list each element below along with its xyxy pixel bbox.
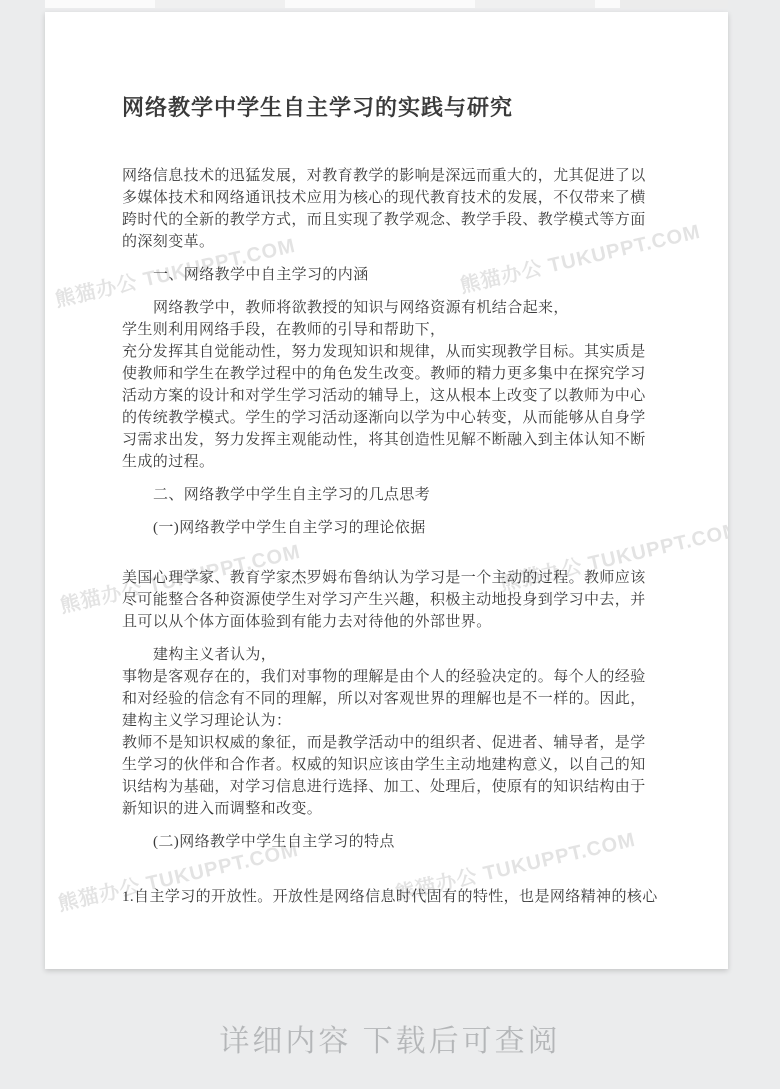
- text-line: 建构主义学习理论认为：: [122, 710, 664, 732]
- text-line: 网络信息技术的迅猛发展，对教育教学的影响是深远而重大的，尤其促进了以: [122, 165, 664, 187]
- page-smudge: [620, 0, 728, 8]
- text-line: 且可以从个体方面体验到有能力去对待他的外部世界。: [122, 611, 664, 633]
- text-line: 和对经验的信念有不同的理解，所以对客观世界的理解也是不一样的。因此，: [122, 688, 664, 710]
- text-line: 活动方案的设计和对学生学习活动的辅导上，这从根本上改变了以教师为中心: [122, 385, 664, 407]
- document-title: 网络教学中学生自主学习的实践与研究: [122, 93, 664, 123]
- text-line: 尽可能整合各种资源使学生对学习产生兴趣，积极主动地投身到学习中去，并: [122, 589, 664, 611]
- paragraph: 网络信息技术的迅猛发展，对教育教学的影响是深远而重大的，尤其促进了以多媒体技术和…: [122, 165, 664, 253]
- text-line: 网络教学中，教师将欲教授的知识与网络资源有机结合起来，: [122, 297, 664, 319]
- paragraph: 1.自主学习的开放性。开放性是网络信息时代固有的特性，也是网络精神的核心: [122, 886, 664, 908]
- text-line: 生学习的伙伴和合作者。权威的知识应该由学生主动地建构意义，以自己的知: [122, 754, 664, 776]
- text-line: 教师不是知识权威的象征，而是教学活动中的组织者、促进者、辅导者，是学: [122, 732, 664, 754]
- text-line: (二)网络教学中学生自主学习的特点: [122, 831, 664, 853]
- text-line: 使教师和学生在教学过程中的角色发生改变。教师的精力更多集中在探究学习: [122, 363, 664, 385]
- previous-page-edge: [45, 0, 728, 8]
- text-line: 事物是客观存在的，我们对事物的理解是由个人的经验决定的。每个人的经验: [122, 666, 664, 688]
- page-smudge: [155, 0, 285, 8]
- text-line: 学生则利用网络手段，在教师的引导和帮助下，: [122, 319, 664, 341]
- text-line: 一、网络教学中自主学习的内涵: [122, 264, 664, 286]
- page-smudge: [475, 0, 595, 8]
- download-notice: 详细内容 下载后可查阅: [0, 1016, 780, 1060]
- text-line: 1.自主学习的开放性。开放性是网络信息时代固有的特性，也是网络精神的核心: [122, 886, 664, 908]
- text-line: 多媒体技术和网络通讯技术应用为核心的现代教育技术的发展，不仅带来了横: [122, 187, 664, 209]
- text-line: 的深刻变革。: [122, 231, 664, 253]
- text-line: 二、网络教学中学生自主学习的几点思考: [122, 484, 664, 506]
- section-heading: 二、网络教学中学生自主学习的几点思考: [122, 484, 664, 506]
- section-heading: (二)网络教学中学生自主学习的特点: [122, 831, 664, 853]
- section-heading: 一、网络教学中自主学习的内涵: [122, 264, 664, 286]
- paragraph: 网络教学中，教师将欲教授的知识与网络资源有机结合起来，学生则利用网络手段，在教师…: [122, 297, 664, 473]
- preview-background: 熊猫办公 TUKUPPT.COM 熊猫办公 TUKUPPT.COM 熊猫办公 T…: [0, 0, 780, 1089]
- paragraph: 美国心理学家、教育学家杰罗姆布鲁纳认为学习是一个主动的过程。教师应该尽可能整合各…: [122, 567, 664, 633]
- paragraph: 建构主义者认为，事物是客观存在的，我们对事物的理解是由个人的经验决定的。每个人的…: [122, 644, 664, 820]
- text-line: 生成的过程。: [122, 451, 664, 473]
- text-line: 美国心理学家、教育学家杰罗姆布鲁纳认为学习是一个主动的过程。教师应该: [122, 567, 664, 589]
- text-line: 习需求出发，努力发挥主观能动性，将其创造性见解不断融入到主体认知不断: [122, 429, 664, 451]
- text-line: 跨时代的全新的教学方式，而且实现了教学观念、教学手段、教学模式等方面: [122, 209, 664, 231]
- text-line: 建构主义者认为，: [122, 644, 664, 666]
- text-line: 的传统教学模式。学生的学习活动逐渐向以学为中心转变，从而能够从自身学: [122, 407, 664, 429]
- document-content: 网络教学中学生自主学习的实践与研究 网络信息技术的迅猛发展，对教育教学的影响是深…: [45, 12, 728, 908]
- text-line: (一)网络教学中学生自主学习的理论依据: [122, 517, 664, 539]
- text-line: 充分发挥其自觉能动性，努力发现知识和规律，从而实现教学目标。其实质是: [122, 341, 664, 363]
- document-page: 熊猫办公 TUKUPPT.COM 熊猫办公 TUKUPPT.COM 熊猫办公 T…: [45, 12, 728, 969]
- document-body: 网络信息技术的迅猛发展，对教育教学的影响是深远而重大的，尤其促进了以多媒体技术和…: [122, 165, 664, 908]
- text-line: 新知识的进入而调整和改变。: [122, 798, 664, 820]
- section-heading: (一)网络教学中学生自主学习的理论依据: [122, 517, 664, 539]
- text-line: 识结构为基础，对学习信息进行选择、加工、处理后，使原有的知识结构由于: [122, 776, 664, 798]
